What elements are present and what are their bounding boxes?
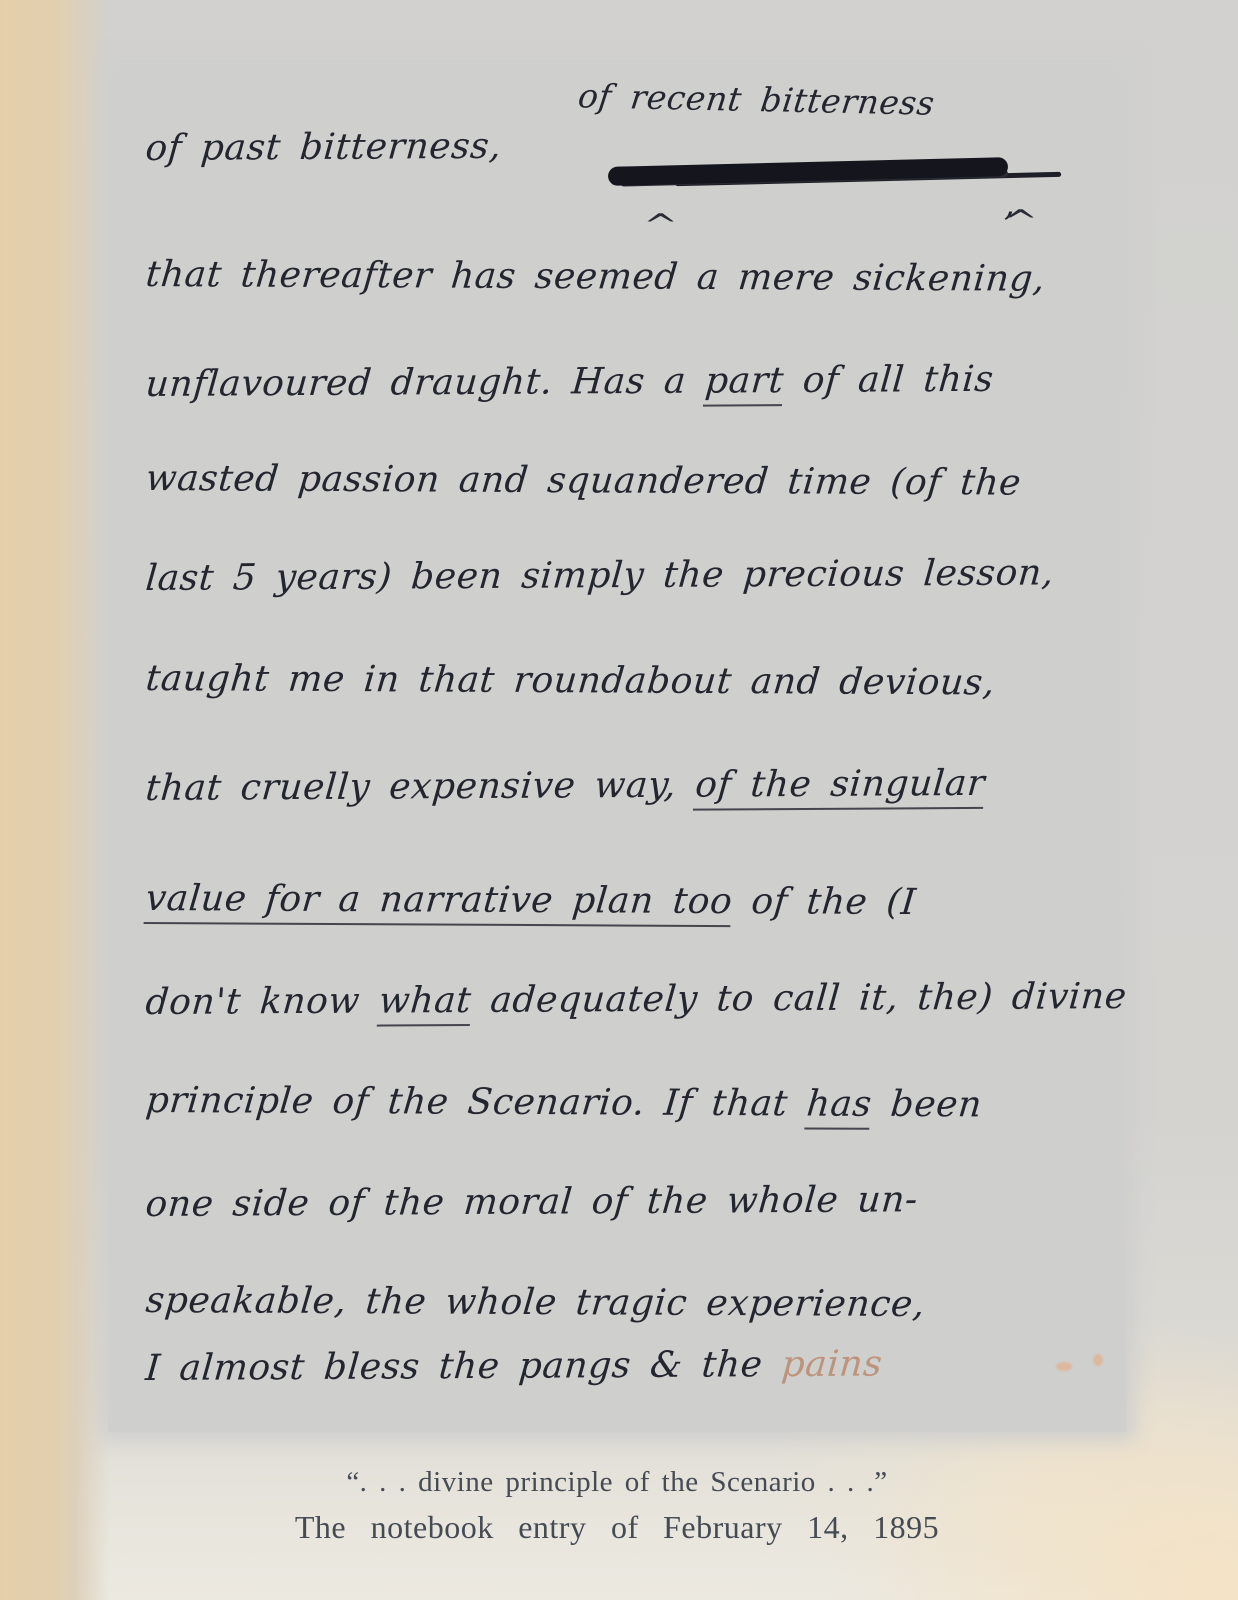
manuscript-text-segment: of all this [782,359,995,401]
book-gutter-shading [0,0,110,1600]
manuscript-text-segment: principle of the Scenario. If that [144,1080,809,1124]
manuscript-text-segment-underlined: has [804,1083,873,1129]
manuscript-text-segment-underlined: what [377,980,473,1027]
faded-ink-mark [1093,1354,1103,1366]
manuscript-line-9: don't know what adequately to call it, t… [144,976,1108,1023]
manuscript-line-7: that cruelly expensive way, of the singu… [144,762,1108,809]
book-page-scan: of recent bitterness of past bitterness,… [0,0,1238,1600]
manuscript-text-segment: don't know [144,981,381,1023]
manuscript-text-segment: of past bitterness, [144,126,503,169]
manuscript-text-segment: one side of the moral of the whole un- [144,1179,920,1225]
manuscript-text-segment: unflavoured draught. Has a [144,361,707,405]
insertion-caret-icon: ^ [1003,204,1038,239]
manuscript-text-segment: that cruelly expensive way, [144,765,697,809]
manuscript-line-11: one side of the moral of the whole un- [144,1178,1108,1225]
manuscript-text-segment: last 5 years) been simply the precious l… [144,552,1056,599]
caption-title: The notebook entry of February 14, 1895 [108,1509,1126,1546]
manuscript-line-5: last 5 years) been simply the precious l… [144,552,1108,599]
manuscript-text-segment: taught me in that roundabout and devious… [144,658,997,703]
manuscript-line-2: that thereafter has seemed a mere sicken… [144,254,1107,300]
manuscript-text-segment: adequately to call it, the) divine [470,976,1129,1021]
caption-quote: “. . . divine principle of the Scenario … [108,1466,1126,1499]
manuscript-text-segment: wasted passion and squandered time (of t… [144,458,1023,504]
manuscript-photograph: of recent bitterness of past bitterness,… [108,66,1126,1432]
interline-insertion: of recent bitterness [576,76,937,122]
manuscript-line-6: taught me in that roundabout and devious… [144,658,1107,704]
manuscript-line-8: value for a narrative plan too of the (I [144,878,1107,924]
manuscript-text-segment: that thereafter has seemed a mere sicken… [144,254,1047,300]
plate-caption: “. . . divine principle of the Scenario … [108,1466,1126,1546]
manuscript-line-13: I almost bless the pangs & the pains [144,1342,1108,1389]
insertion-caret-icon: ^ [643,208,678,243]
manuscript-line-4: wasted passion and squandered time (of t… [144,458,1107,504]
manuscript-line-3: unflavoured draught. Has a part of all t… [144,358,1108,405]
manuscript-text-segment: been [870,1084,984,1126]
manuscript-text-segment-faded: pains [780,1344,884,1386]
manuscript-text-segment-underlined: value for a narrative plan too [144,878,735,927]
manuscript-text-segment-underlined: part [703,360,785,406]
faded-ink-mark [1056,1362,1072,1371]
manuscript-text-segment: I almost bless the pangs & the [144,1344,783,1389]
manuscript-text-segment: of the (I [731,881,918,923]
manuscript-line-10: principle of the Scenario. If that has b… [144,1080,1107,1126]
manuscript-text-segment: speakable, the whole tragic experience, [144,1280,927,1325]
manuscript-line-12: speakable, the whole tragic experience, [144,1280,1107,1326]
manuscript-text-segment-underlined: of the singular [693,763,986,811]
